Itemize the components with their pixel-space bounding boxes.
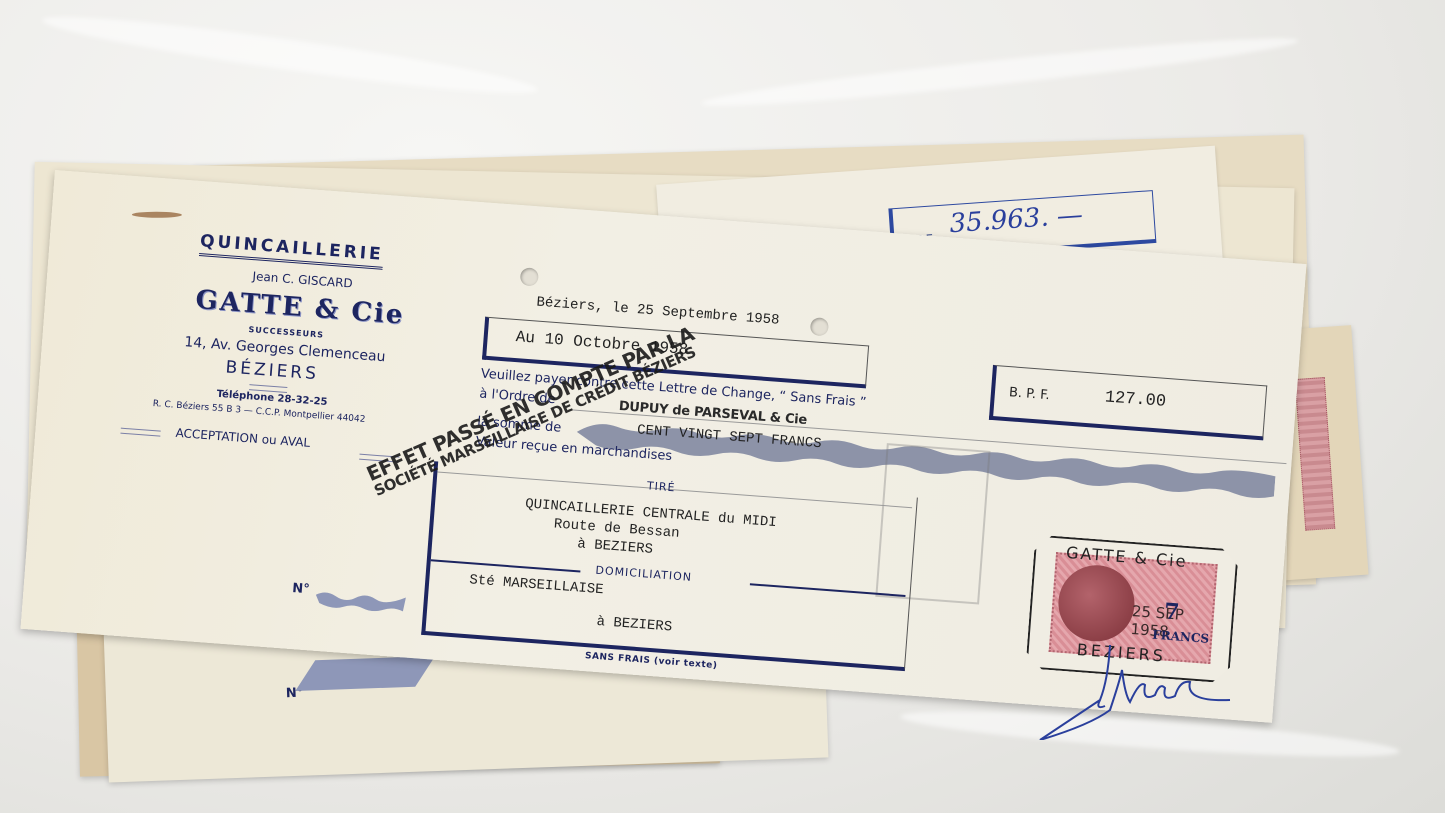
tissue-crease (40, 5, 539, 104)
letterhead-owner: Jean C. GISCARD (252, 269, 353, 290)
bpf-back-amount: 35.963. — (949, 200, 1084, 239)
amount-value: 127.00 (1104, 388, 1166, 412)
drawee-box: TIRÉ QUINCAILLERIE CENTRALE du MIDI Rout… (421, 461, 918, 671)
punch-hole (810, 317, 829, 336)
amount-label: B. P. F. (1008, 385, 1050, 403)
letterhead-address: 14, Av. Georges Clemenceau (184, 334, 386, 365)
fiscal-stamp-value: 7 (1163, 598, 1180, 625)
acceptance-label: ACCEPTATION ou AVAL (175, 426, 311, 450)
domiciliation-label: DOMICILIATION (595, 564, 692, 584)
tissue-crease (700, 29, 1299, 116)
marianne-medallion-icon (1056, 563, 1137, 644)
domiciliation-bank: Sté MARSEILLAISE (469, 572, 604, 598)
letterhead-city: BÉZIERS (225, 357, 320, 384)
number-ribbon (315, 587, 406, 614)
rule (750, 583, 906, 597)
amount-box: B. P. F. 127.00 (989, 365, 1267, 440)
drawee-label: TIRÉ (647, 479, 676, 494)
number-label: N° (292, 581, 310, 597)
letterhead-brand: GATTE & Cie (195, 285, 406, 331)
fiscal-stamp-strip (1295, 377, 1336, 531)
divider (120, 428, 160, 437)
letterhead-title: QUINCAILLERIE (199, 231, 384, 270)
drawee-city: à BEZIERS (577, 536, 654, 558)
number-ribbon (295, 656, 435, 691)
rule (431, 559, 581, 572)
punch-hole (520, 267, 539, 286)
signature (1030, 640, 1250, 740)
rust-stain (132, 212, 182, 218)
domiciliation-city: à BEZIERS (596, 614, 673, 636)
letterhead-successeurs: SUCCESSEURS (248, 325, 324, 340)
